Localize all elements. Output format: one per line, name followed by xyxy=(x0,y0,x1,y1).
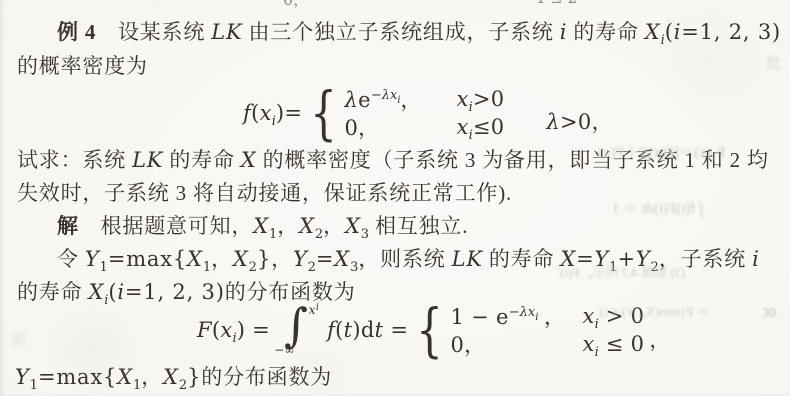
case-value: 0， xyxy=(450,329,582,359)
case-row: λe−λxi， xi>0 xyxy=(345,85,505,113)
text-segment: f xyxy=(327,318,335,342)
text-segment: ≤ 0 xyxy=(599,332,645,356)
case-condition: xi>0 xyxy=(457,87,505,112)
text-segment: 2 xyxy=(179,378,187,393)
text-segment: LK xyxy=(132,148,163,172)
text-segment: 相互独立. xyxy=(369,214,468,238)
text-segment: ， xyxy=(592,110,613,134)
case-row: 0， xi ≤ 0 xyxy=(450,330,644,358)
text-segment: 2 xyxy=(249,260,257,275)
text-segment: i xyxy=(104,293,108,308)
text-segment: λ xyxy=(345,88,359,112)
textbook-page: 0， 1 ≤ 2 例 4 设某系统 LK 由三个独立子系统组成，子系统 i 的寿… xyxy=(0,0,790,396)
text-segment: x xyxy=(582,332,594,356)
integral-lower-limit: −∞ xyxy=(274,343,295,358)
text-segment: 3 xyxy=(361,227,369,242)
text-segment: 2 xyxy=(315,227,323,242)
bleedthrough-text: 图 xyxy=(12,330,26,350)
text-segment: 设某系统 xyxy=(96,20,211,44)
case-value: λe−λxi， xyxy=(345,84,457,114)
parameter-constraint: λ>0， xyxy=(546,106,613,136)
text-segment: F xyxy=(197,318,212,342)
formula-trailing-comma: ， xyxy=(649,324,670,354)
case-condition: xi≤0 xyxy=(457,115,505,140)
text-segment: X xyxy=(241,148,257,172)
case-rows: λe−λxi， xi>0 0， xi≤0 xyxy=(345,85,505,141)
text-segment: 解 xyxy=(57,214,79,238)
paragraph-line-1: 例 4 设某系统 LK 由三个独立子系统组成，子系统 i 的寿命 Xi(i=1,… xyxy=(57,19,781,49)
text-segment: i xyxy=(316,302,319,313)
text-segment: 根据题意可知， xyxy=(79,214,253,238)
text-segment: 2 xyxy=(308,260,316,275)
text-segment: ) = xyxy=(237,318,270,342)
text-segment: ≤0 xyxy=(473,115,505,139)
text-segment: =1, 2, 3) xyxy=(681,20,781,44)
top-cutoff-fragment-left: 0， xyxy=(283,0,309,10)
text-segment: X xyxy=(187,247,203,271)
text-segment: ， xyxy=(277,214,299,238)
text-segment: ，则系统 xyxy=(358,247,451,271)
text-segment: ， xyxy=(211,247,233,271)
text-segment: e xyxy=(358,88,371,112)
top-cutoff-fragment-right: 1 ≤ 2 xyxy=(536,0,577,7)
text-segment: =max{ xyxy=(38,365,117,389)
text-segment: ( xyxy=(251,101,260,125)
formula-lhs: F(xi) = xyxy=(197,318,270,343)
text-segment: x xyxy=(220,318,232,342)
integrand: f(t)dt = xyxy=(327,318,408,343)
text-segment: 由三个独立子系统组成，子系统 xyxy=(242,20,559,44)
text-segment: X xyxy=(253,214,269,238)
text-segment: x xyxy=(582,304,594,328)
text-segment: 令 xyxy=(57,247,85,271)
formula-lhs: f(xi)= xyxy=(243,101,302,126)
text-segment: )= xyxy=(276,101,302,125)
integral: ∫ xi −∞ xyxy=(277,301,315,359)
text-segment: ， xyxy=(141,365,163,389)
bleedthrough-text: 30 xyxy=(762,306,776,322)
text-segment: 的寿命 xyxy=(567,20,645,44)
text-segment: x xyxy=(457,115,469,139)
text-segment: i xyxy=(661,33,665,48)
case-condition: xi ≤ 0 xyxy=(582,332,644,357)
text-segment: i xyxy=(752,247,760,271)
text-segment: 例 4 xyxy=(57,20,96,44)
text-segment: i xyxy=(469,128,473,143)
text-segment: LK xyxy=(452,247,483,271)
solution-line-1: 解 根据题意可知，X1，X2，X3 相互独立. xyxy=(57,213,468,243)
text-segment: 的寿命 xyxy=(17,280,88,304)
text-segment: i xyxy=(469,100,473,115)
bleedthrough-text: 批 xyxy=(766,52,781,73)
text-segment: } xyxy=(187,365,201,389)
text-segment: 的分布函数为 xyxy=(201,365,332,389)
text-segment: ( xyxy=(335,318,344,342)
text-segment: i xyxy=(595,345,599,360)
bleedthrough-text: F₁(x)＝[F(x)]²＋F(x) xyxy=(598,141,725,162)
bleedthrough-text: ∫ f(t)F(t)dt ＝ 1 xyxy=(612,197,703,218)
text-segment: ， xyxy=(323,214,345,238)
paragraph-line-4: 失效时，子系统 3 将自动接通，保证系统正常工作). xyxy=(17,180,512,206)
integral-upper-limit: xi xyxy=(309,303,319,318)
text-segment: Y xyxy=(293,247,308,271)
text-segment: 试求：系统 xyxy=(17,148,132,172)
text-segment: i xyxy=(117,280,125,304)
text-segment: 0， xyxy=(450,333,485,357)
text-segment: X xyxy=(645,20,661,44)
text-segment: i xyxy=(233,331,237,346)
text-segment: Y xyxy=(85,247,100,271)
text-segment: = xyxy=(316,247,334,271)
text-segment: 0， xyxy=(345,116,380,140)
text-segment: 的寿命 xyxy=(483,247,561,271)
text-segment: −∞ xyxy=(274,343,295,357)
case-brace: { xyxy=(311,85,338,141)
text-segment: x xyxy=(309,303,316,317)
formula-pdf: f(xi)= { λe−λxi， xi>0 0， xi≤0 λ>0， xyxy=(243,84,613,142)
text-segment: 1 xyxy=(269,227,277,242)
text-segment: X xyxy=(117,365,133,389)
text-segment: ， xyxy=(271,247,293,271)
text-segment: x xyxy=(457,87,469,111)
text-segment: 3 xyxy=(350,260,358,275)
text-segment: −λx xyxy=(509,305,535,320)
text-segment: X xyxy=(233,247,249,271)
text-segment: X xyxy=(345,214,361,238)
text-segment: ， xyxy=(538,305,565,329)
text-segment: i xyxy=(535,312,538,323)
text-segment: ( xyxy=(665,20,674,44)
text-segment: X xyxy=(163,365,179,389)
text-segment: Y xyxy=(15,365,30,389)
text-segment: −λx xyxy=(371,88,397,103)
text-segment: 的寿命 xyxy=(163,148,241,172)
text-segment: 的概率密度为 xyxy=(17,54,148,78)
text-segment: ， xyxy=(401,88,422,112)
text-segment: i xyxy=(397,95,400,106)
text-segment: X xyxy=(299,214,315,238)
case-value: 1 − e−λxi ， xyxy=(450,301,582,331)
text-segment: X xyxy=(88,280,104,304)
text-segment: )d xyxy=(352,318,374,342)
text-segment: f xyxy=(243,101,251,125)
text-segment: 1 xyxy=(100,260,108,275)
text-segment: 失效时，子系统 3 将自动接通，保证系统正常工作). xyxy=(17,181,512,205)
text-segment: X xyxy=(334,247,350,271)
text-segment: LK xyxy=(211,20,242,44)
case-brace: { xyxy=(416,302,443,358)
text-segment: >0 xyxy=(560,110,592,134)
text-segment: x xyxy=(260,101,272,125)
text-segment: =max{ xyxy=(108,247,187,271)
solution-line-4: Y1=max{X1，X2}的分布函数为 xyxy=(15,364,332,394)
text-segment: 1 − e xyxy=(450,305,508,329)
text-segment: 1 xyxy=(133,378,141,393)
case-value: 0， xyxy=(345,112,457,142)
bleedthrough-text: ＝ P{min(X₁, Y) ≤ t} xyxy=(598,301,709,320)
text-segment: >0 xyxy=(473,87,505,111)
text-segment: 1 xyxy=(203,260,211,275)
text-segment: 1 xyxy=(30,378,38,393)
text-segment: λ xyxy=(546,110,560,134)
case-row: 0， xi≤0 xyxy=(345,113,505,141)
text-segment: = xyxy=(383,318,408,342)
paragraph-line-2: 的概率密度为 xyxy=(17,53,148,79)
bleedthrough-text: (3) 如图 4.7 所示，F(t) xyxy=(560,262,686,281)
text-segment: i xyxy=(272,114,276,129)
text-segment: } xyxy=(257,247,271,271)
